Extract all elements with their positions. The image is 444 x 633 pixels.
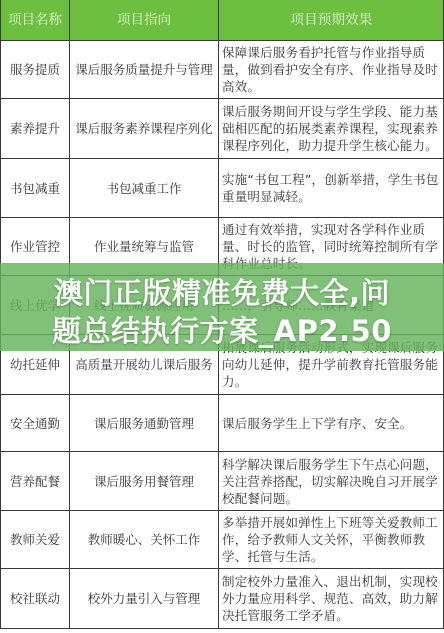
cell-expected-effect: 制定校外力量准入、退出机制，实现校外力量应用科学、规范、高效，助力解决托管服务工… bbox=[219, 569, 444, 629]
cell-project-name: 书包减重 bbox=[1, 159, 70, 218]
cell-expected-effect: 多举措开展如弹性上下班等关爱教师工作，给予教师人文关怀，平衡教师教学、托管与生活… bbox=[219, 511, 444, 569]
cell-project-name: 服务提质 bbox=[1, 41, 70, 99]
cell-project-name: 素养提升 bbox=[1, 99, 70, 159]
table-row: 教师关爱 教师暖心、关怀工作 多举措开展如弹性上下班等关爱教师工作，给予教师人文… bbox=[1, 511, 444, 569]
cell-project-direction: 课后服务质量提升与管理 bbox=[70, 41, 219, 99]
header-project-name: 项目名称 bbox=[1, 0, 70, 41]
table-row: 安全通勤 课后服务通勤管理 课后服务学生上下学有序、安全。 bbox=[1, 395, 444, 452]
table-row: 服务提质 课后服务质量提升与管理 保障课后服务看护托管与作业指导质量，做到看护安… bbox=[1, 41, 444, 99]
cell-project-name: 安全通勤 bbox=[1, 395, 70, 452]
cell-expected-effect: 实施“书包工程”，创新举措，学生书包重量明显减轻。 bbox=[219, 159, 444, 218]
cell-expected-effect: 科学解决课后服务学生下午点心问题，关注营养搭配，切实解决晚自习开展学校配餐问题。 bbox=[219, 452, 444, 511]
table-header-row: 项目名称 项目指向 项目预期效果 bbox=[1, 0, 444, 41]
banner-title-line-1: 澳门正版精准免费大全,问 bbox=[0, 274, 444, 312]
cell-project-name: 教师关爱 bbox=[1, 511, 70, 569]
table-row: 营养配餐 课后服务用餐管理 科学解决课后服务学生下午点心问题，关注营养搭配，切实… bbox=[1, 452, 444, 511]
cell-expected-effect: 课后服务学生上下学有序、安全。 bbox=[219, 395, 444, 452]
cell-project-direction: 校外力量引入与管理 bbox=[70, 569, 219, 629]
cell-project-direction: 课后服务素养课程序列化 bbox=[70, 99, 219, 159]
cell-expected-effect: 保障课后服务看护托管与作业指导质量，做到看护安全有序、作业指导及时高效。 bbox=[219, 41, 444, 99]
cell-project-direction: 课后服务用餐管理 bbox=[70, 452, 219, 511]
cell-project-name: 营养配餐 bbox=[1, 452, 70, 511]
header-project-direction: 项目指向 bbox=[70, 0, 219, 41]
banner-title-line-2: 题总结执行方案_AP2.50 bbox=[0, 312, 444, 350]
cell-project-direction: 课后服务通勤管理 bbox=[70, 395, 219, 452]
cell-project-name: 校社联动 bbox=[1, 569, 70, 629]
table-row: 校社联动 校外力量引入与管理 制定校外力量准入、退出机制，实现校外力量应用科学、… bbox=[1, 569, 444, 629]
banner-title: 澳门正版精准免费大全,问 题总结执行方案_AP2.50 bbox=[0, 274, 444, 350]
cell-expected-effect: 课后服务期间开设与学生学段、能力基础相匹配的拓展类素养课程，实现素养课程序列化，… bbox=[219, 99, 444, 159]
cell-project-direction: 书包减重工作 bbox=[70, 159, 219, 218]
cell-project-direction: 教师暖心、关怀工作 bbox=[70, 511, 219, 569]
header-expected-effect: 项目预期效果 bbox=[219, 0, 444, 41]
table-row: 书包减重 书包减重工作 实施“书包工程”，创新举措，学生书包重量明显减轻。 bbox=[1, 159, 444, 218]
table-row: 素养提升 课后服务素养课程序列化 课后服务期间开设与学生学段、能力基础相匹配的拓… bbox=[1, 99, 444, 159]
